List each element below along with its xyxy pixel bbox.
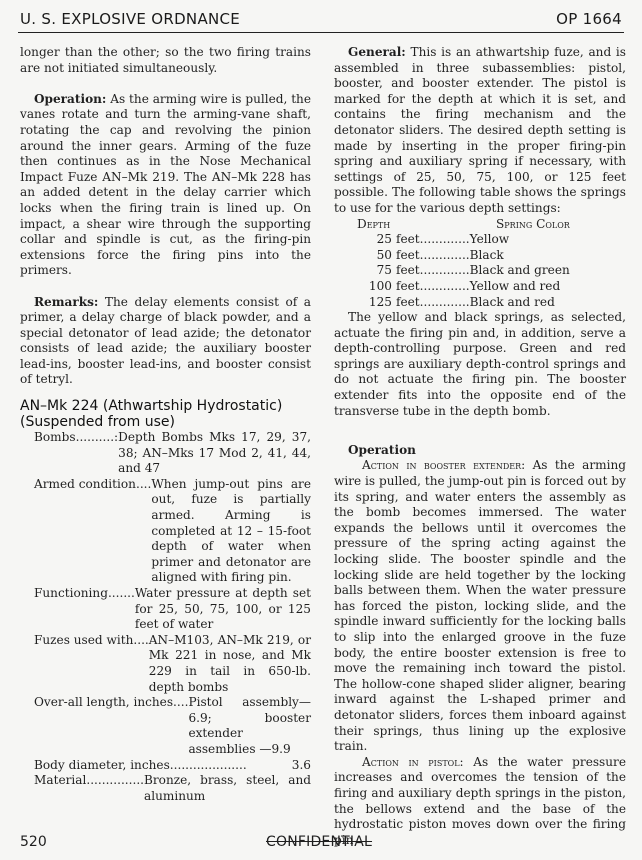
pistol-paragraph: Action in pistol: As the water pressure …: [334, 755, 626, 849]
specifications-list: Bombs..........:Depth Bombs Mks 17, 29, …: [20, 430, 311, 804]
spec-row-overall-length: Over-all length, inches....Pistol assemb…: [20, 695, 311, 757]
table-row: 75feet.............Black and green: [334, 263, 626, 279]
document-number: OP 1664: [556, 10, 622, 28]
springs-paragraph: The yellow and black springs, as selecte…: [334, 310, 626, 419]
spring-color-table: Depth Spring Color 25feet.............Ye…: [334, 217, 626, 311]
table-row: 100feet.............Yellow and red: [334, 279, 626, 295]
running-header: U. S. EXPLOSIVE ORDNANCE OP 1664: [18, 8, 624, 33]
remarks-lead: Remarks:: [34, 295, 98, 309]
operation-lead: Operation:: [34, 92, 106, 106]
table-row: 125feet.............Black and red: [334, 295, 626, 311]
left-column: longer than the other; so the two firing…: [20, 45, 311, 804]
page-number: 520: [20, 834, 47, 850]
spec-row-body-diameter: Body diameter, inches...................…: [20, 758, 311, 774]
column-header-spring-color: Spring Color: [496, 217, 570, 233]
operation-heading: Operation: [334, 443, 626, 459]
table-row: 25feet.............Yellow: [334, 232, 626, 248]
right-column: General: This is an athwartship fuze, an…: [334, 45, 626, 848]
remarks-paragraph: Remarks: The delay elements consist of a…: [20, 295, 311, 389]
publication-title: U. S. EXPLOSIVE ORDNANCE: [20, 10, 240, 28]
classification-stamp: CONFIDENTIAL: [266, 834, 372, 850]
spec-row-material: Material...............Bronze, brass, st…: [20, 773, 311, 804]
column-header-depth: Depth: [357, 217, 496, 233]
spec-row-functioning: Functioning.......Water pressure at dept…: [20, 586, 311, 633]
spec-row-bombs: Bombs..........:Depth Bombs Mks 17, 29, …: [20, 430, 311, 477]
table-row: 50feet.............Black: [334, 248, 626, 264]
section-title: AN–Mk 224 (Athwartship Hydrostatic) (Sus…: [20, 398, 311, 430]
spec-row-armed-condition: Armed condition ....When jump-out pins a…: [20, 477, 311, 586]
continuation-paragraph: longer than the other; so the two firing…: [20, 45, 311, 76]
booster-extender-paragraph: Action in booster extender: As the armin…: [334, 458, 626, 754]
general-lead: General:: [348, 45, 406, 59]
table-header: Depth Spring Color: [334, 217, 626, 233]
operation-paragraph: Operation: As the arming wire is pulled,…: [20, 92, 311, 279]
pistol-lead: Action in pistol:: [362, 755, 464, 769]
spec-row-fuzes-used-with: Fuzes used with....AN–M103, AN–Mk 219, o…: [20, 633, 311, 695]
booster-extender-lead: Action in booster extender:: [362, 458, 525, 472]
general-paragraph: General: This is an athwartship fuze, an…: [334, 45, 626, 217]
